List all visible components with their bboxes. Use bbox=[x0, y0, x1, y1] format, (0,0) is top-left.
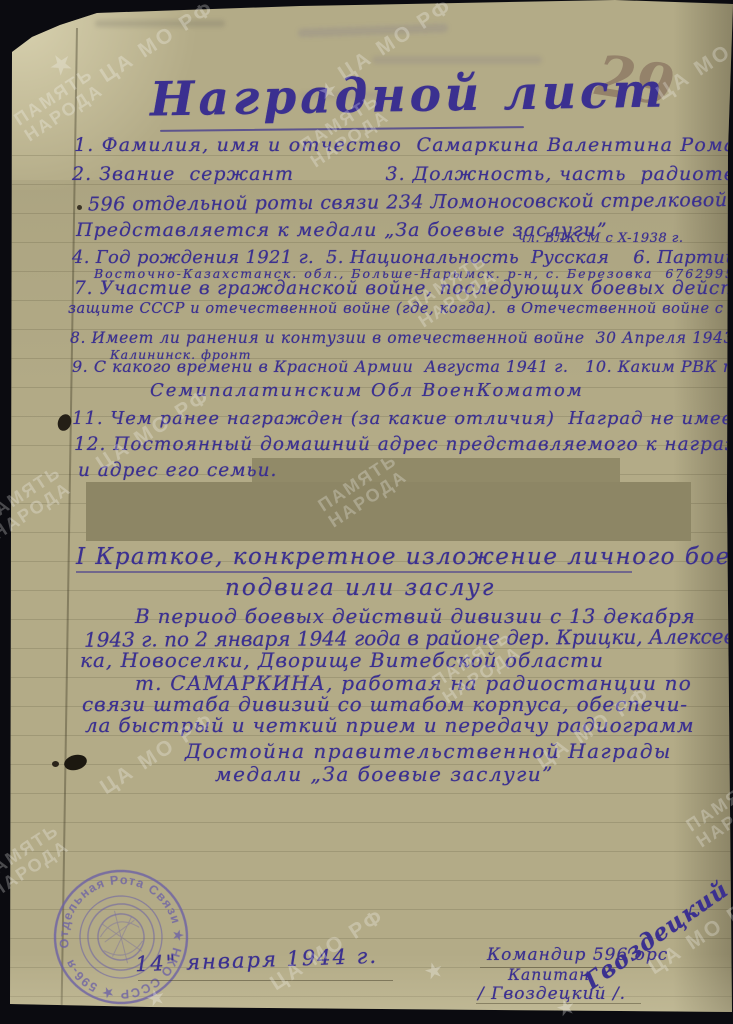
section-heading-underline bbox=[76, 571, 632, 573]
section-heading-line2: подвига или заслуг bbox=[225, 575, 495, 601]
redaction-box-upper bbox=[252, 458, 620, 483]
form-line-drafted-by: Семипалатинским Обл ВоенКоматом bbox=[150, 380, 584, 401]
name-rule bbox=[476, 1003, 641, 1004]
feat-text-line: ка, Новоселки, Дворище Витебской области bbox=[80, 648, 604, 672]
form-line-home-address-2: и адрес его семьи. bbox=[78, 460, 277, 481]
redaction-box-address bbox=[86, 482, 691, 541]
paper-tear-mark bbox=[52, 761, 59, 767]
unit-round-stamp: Отдельная Рота Связи ★ НКО СССР ★ 596-я bbox=[30, 846, 212, 1024]
form-line-name: 1. Фамилия, имя и отчество Самаркина Вал… bbox=[74, 134, 733, 156]
paper-speck bbox=[77, 205, 82, 210]
feat-text-line: Достойна правительственной Награды bbox=[185, 739, 672, 763]
ink-bleedthrough bbox=[372, 56, 542, 64]
form-line-service-since: 9. С какого времени в Красной Армии Авгу… bbox=[72, 357, 733, 376]
document-title: Наградной лист bbox=[150, 63, 667, 127]
feat-text-line: ла быстрый и четкий прием и передачу рад… bbox=[85, 713, 694, 737]
feat-text-line: медали „За боевые заслуги” bbox=[215, 762, 554, 786]
form-line-home-address-1: 12. Постоянный домашний адрес представля… bbox=[74, 434, 733, 455]
form-line-rank-position: 2. Звание сержант 3. Должность, часть ра… bbox=[72, 163, 733, 185]
form-line-participation-2: защите СССР и отечественной войне (где, … bbox=[68, 301, 733, 317]
form-line-wounds: 8. Имеет ли ранения и контузии в отечест… bbox=[70, 329, 733, 347]
commander-signature: Гвоздецкий bbox=[580, 876, 733, 995]
ink-bleedthrough bbox=[95, 20, 225, 27]
form-line-previous-awards: 11. Чем ранее награжден (за какие отличи… bbox=[72, 408, 733, 429]
commander-rank: Капитан bbox=[508, 966, 590, 984]
title-underline bbox=[160, 126, 524, 132]
section-heading-line1: I Краткое, конкретное изложение личного … bbox=[76, 544, 733, 570]
edge-blot bbox=[2, 243, 11, 256]
form-line-birth-nationality-party: 4. Год рождения 1921 г. 5. Национальност… bbox=[72, 247, 733, 268]
ink-bleedthrough bbox=[298, 23, 448, 37]
form-line-participation-1: 7. Участие в гражданской войне, последую… bbox=[74, 278, 733, 299]
komsomol-note: чл. ВЛКСМ с X-1938 г. bbox=[518, 231, 684, 246]
form-line-unit: 596 отдельной роты связи 234 Ломоносовск… bbox=[88, 188, 733, 215]
scanned-award-sheet: 29 Наградной лист 1. Фамилия, имя и отче… bbox=[0, 0, 733, 1024]
date-rule bbox=[138, 980, 393, 981]
document-paper: 29 Наградной лист 1. Фамилия, имя и отче… bbox=[0, 0, 733, 1024]
